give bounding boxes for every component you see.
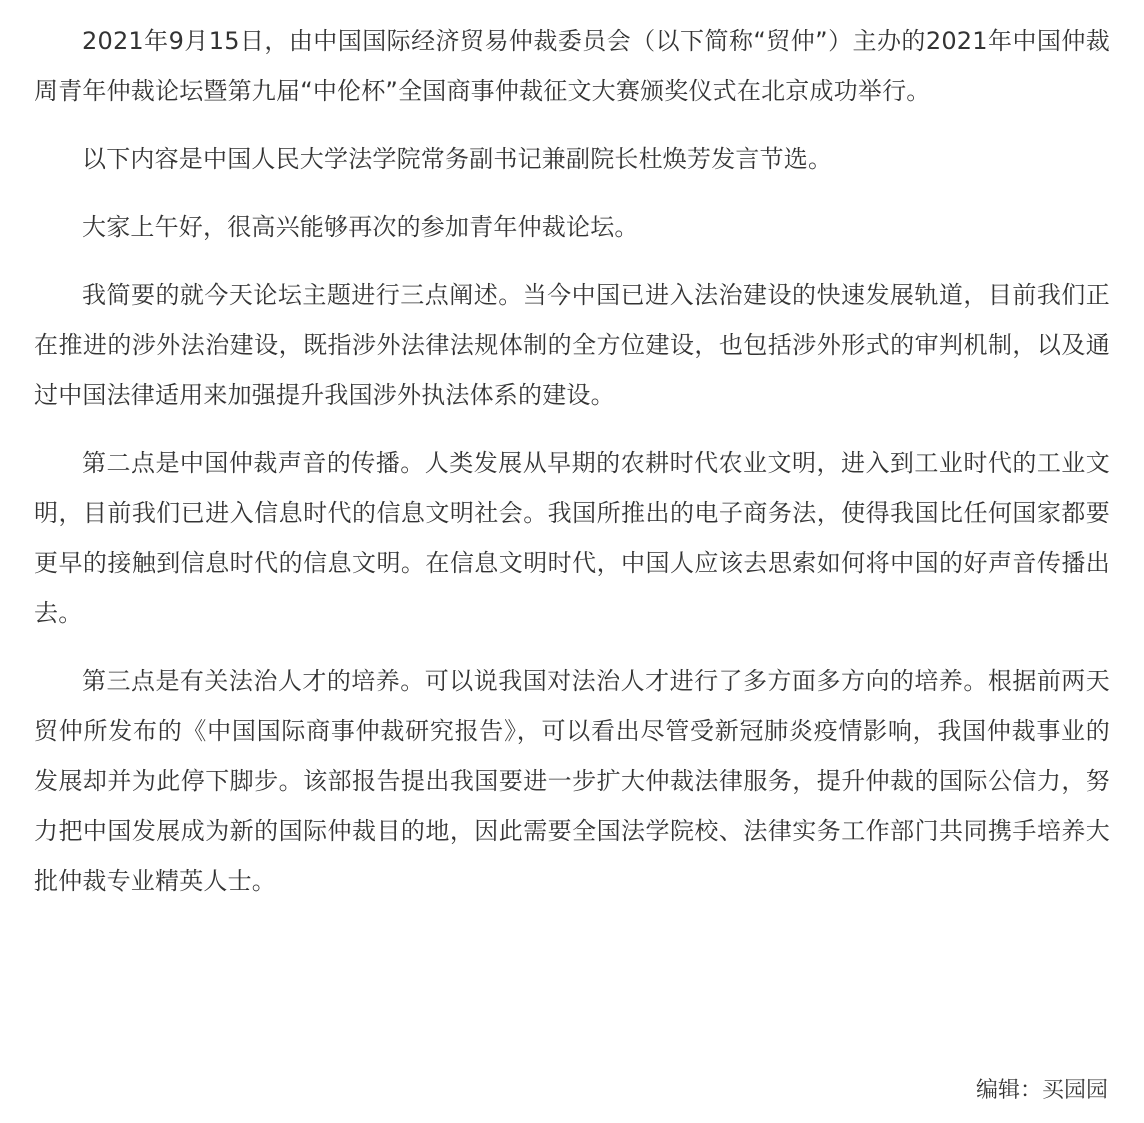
paragraph-greeting: 大家上午好，很高兴能够再次的参加青年仲裁论坛。 [34,202,1110,252]
paragraph-excerpt-note: 以下内容是中国人民大学法学院常务副书记兼副院长杜焕芳发言节选。 [34,134,1110,184]
paragraph-point-two: 第二点是中国仲裁声音的传播。人类发展从早期的农耕时代农业文明，进入到工业时代的工… [34,438,1110,638]
paragraph-intro: 2021年9月15日，由中国国际经济贸易仲裁委员会（以下简称“贸仲”）主办的20… [34,16,1110,116]
paragraph-point-three: 第三点是有关法治人才的培养。可以说我国对法治人才进行了多方面多方向的培养。根据前… [34,656,1110,906]
article-body: 2021年9月15日，由中国国际经济贸易仲裁委员会（以下简称“贸仲”）主办的20… [34,16,1110,924]
paragraph-point-one: 我简要的就今天论坛主题进行三点阐述。当今中国已进入法治建设的快速发展轨道，目前我… [34,270,1110,420]
editor-credit: 编辑：买园园 [976,1073,1108,1109]
